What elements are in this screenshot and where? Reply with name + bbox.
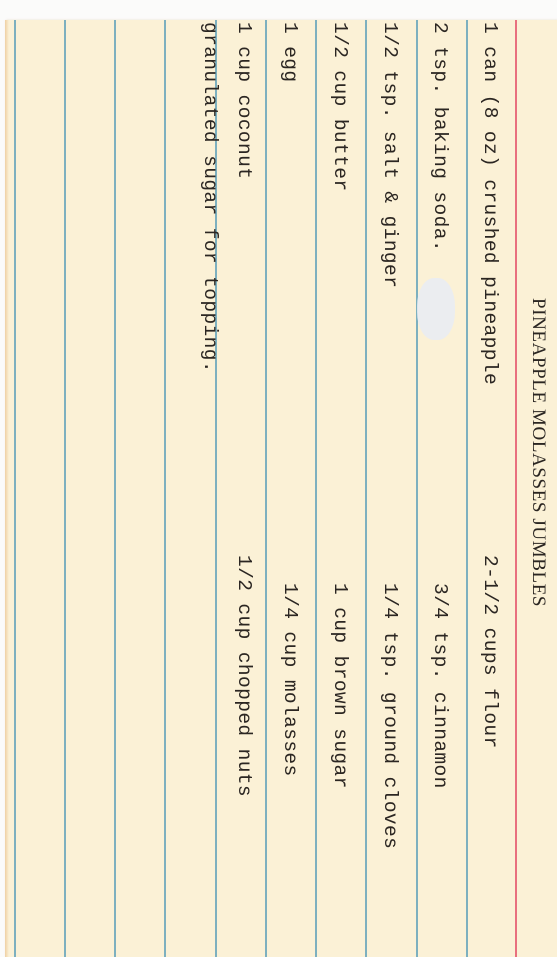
ingredient-left: 2 tsp. baking soda. bbox=[429, 22, 451, 252]
ruled-line bbox=[467, 20, 469, 957]
ingredient-right: 3/4 tsp. cinnamon bbox=[429, 583, 451, 789]
ruled-line bbox=[417, 20, 419, 957]
margin-line-red bbox=[515, 20, 517, 957]
ruled-line bbox=[15, 20, 17, 957]
ingredient-right: 1 cup brown sugar bbox=[329, 583, 351, 789]
ingredient-left: 1/2 tsp. salt & ginger bbox=[379, 22, 401, 288]
topping-note: granulated sugar for topping. bbox=[199, 22, 221, 373]
ingredient-right: 1/4 cup molasses bbox=[279, 583, 301, 777]
ingredient-right: 1/4 tsp. ground cloves bbox=[379, 583, 401, 849]
ingredient-left: 1 can (8 oz) crushed pineapple bbox=[479, 22, 501, 385]
ruled-line bbox=[316, 20, 318, 957]
ingredient-left: 1 cup coconut bbox=[233, 22, 255, 179]
ruled-line bbox=[115, 20, 117, 957]
recipe-card-rotated: PINEAPPLE MOLASSES JUMBLES 1 can (8 oz) … bbox=[0, 0, 557, 957]
ruled-line bbox=[65, 20, 67, 957]
recipe-card: PINEAPPLE MOLASSES JUMBLES 1 can (8 oz) … bbox=[5, 20, 557, 957]
ingredient-left: 1/2 cup butter bbox=[329, 22, 351, 191]
ruled-line bbox=[266, 20, 268, 957]
correction-fluid-mark bbox=[417, 278, 455, 340]
recipe-title: PINEAPPLE MOLASSES JUMBLES bbox=[527, 298, 549, 607]
ingredient-left: 1 egg bbox=[279, 22, 301, 83]
ingredient-right: 2-1/2 cups flour bbox=[479, 555, 501, 749]
ruled-line bbox=[366, 20, 368, 957]
ruled-line bbox=[165, 20, 167, 957]
ingredient-right: 1/2 cup chopped nuts bbox=[233, 555, 255, 797]
